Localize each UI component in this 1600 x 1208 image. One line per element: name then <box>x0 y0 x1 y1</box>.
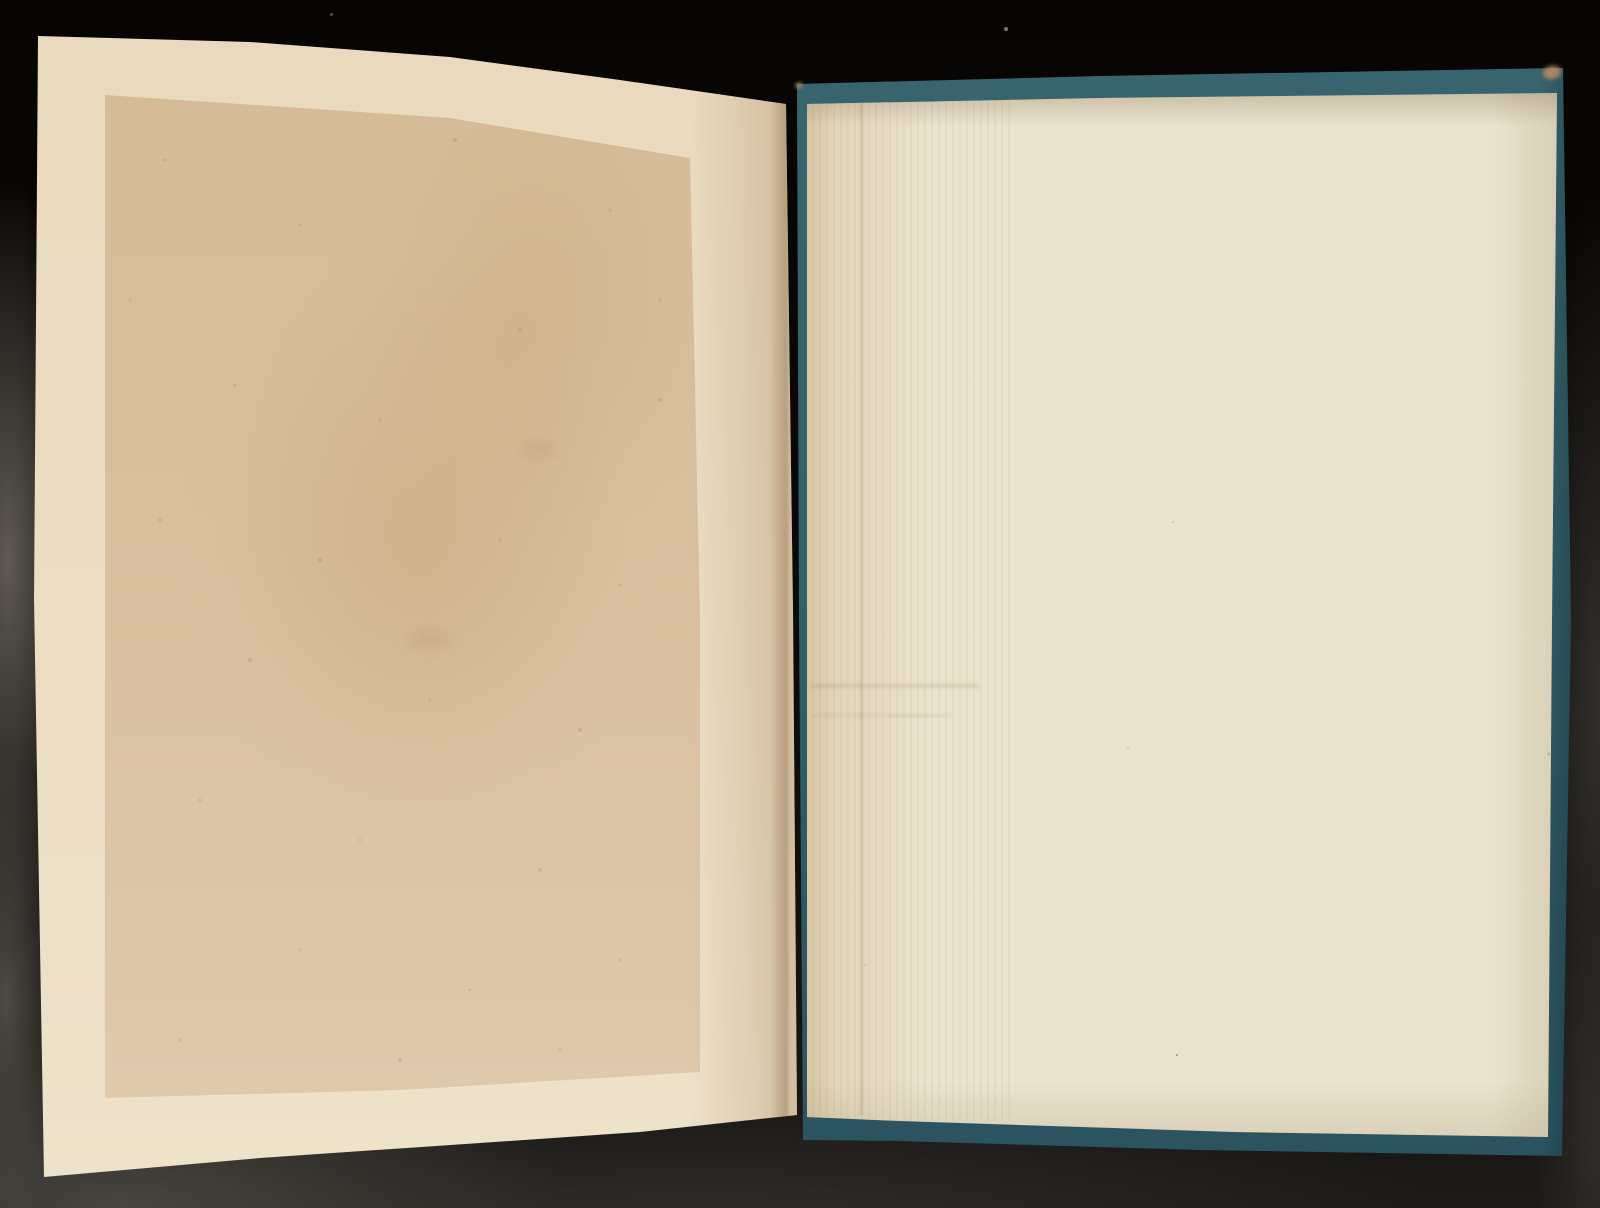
gutter-crease <box>770 90 790 1120</box>
cover-gutter-wear <box>795 82 803 89</box>
book-photo <box>0 0 1600 1208</box>
dust-speck <box>330 13 333 16</box>
dust-speck <box>1004 27 1008 31</box>
